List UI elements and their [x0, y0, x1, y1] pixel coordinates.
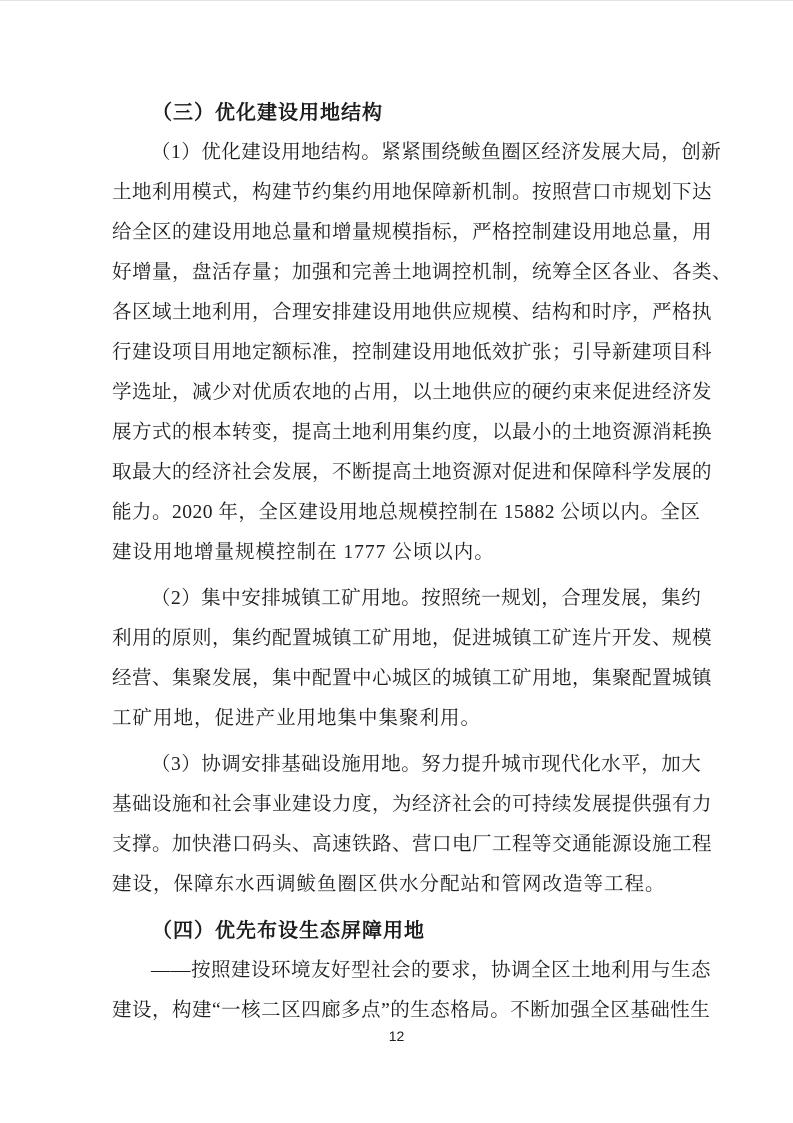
paragraph-4: ——按照建设环境友好型社会的要求，协调全区土地利用与生态 建设，构建“一核二区四…: [112, 951, 683, 1031]
paragraph-line: 建设，保障东水西调鲅鱼圈区供水分配站和管网改造等工程。: [112, 865, 683, 905]
paragraph-line: 展方式的根本转变，提高土地利用集约度，以最小的土地资源消耗换: [112, 413, 683, 453]
paragraph-line: 土地利用模式，构建节约集约用地保障新机制。按照营口市规划下达: [112, 173, 683, 213]
document-page: （三）优化建设用地结构 （1）优化建设用地结构。紧紧围绕鲅鱼圈区经济发展大局，创…: [0, 0, 793, 1123]
paragraph-line: 利用的原则，集约配置城镇工矿用地，促进城镇工矿连片开发、规模: [112, 619, 683, 659]
paragraph-2: （2）集中安排城镇工矿用地。按照统一规划，合理发展，集约 利用的原则，集约配置城…: [112, 579, 683, 739]
page-number: 12: [0, 1025, 793, 1047]
paragraph-line: 取最大的经济社会发展，不断提高土地资源对促进和保障科学发展的: [112, 453, 683, 493]
paragraph-line: 建设用地增量规模控制在 1777 公顷以内。: [112, 533, 683, 573]
paragraph-line: 支撑。加快港口码头、高速铁路、营口电厂工程等交通能源设施工程: [112, 825, 683, 865]
section-heading-3: （三）优化建设用地结构: [112, 93, 683, 133]
paragraph-line: 经营、集聚发展，集中配置中心城区的城镇工矿用地，集聚配置城镇: [112, 659, 683, 699]
paragraph-line: （3）协调安排基础设施用地。努力提升城市现代化水平，加大: [112, 745, 683, 785]
paragraph-1: （1）优化建设用地结构。紧紧围绕鲅鱼圈区经济发展大局，创新 土地利用模式，构建节…: [112, 133, 683, 573]
paragraph-line: ——按照建设环境友好型社会的要求，协调全区土地利用与生态: [112, 951, 683, 991]
paragraph-line: 行建设项目用地定额标准，控制建设用地低效扩张；引导新建项目科: [112, 333, 683, 373]
page-content: （三）优化建设用地结构 （1）优化建设用地结构。紧紧围绕鲅鱼圈区经济发展大局，创…: [112, 93, 683, 1037]
paragraph-line: （2）集中安排城镇工矿用地。按照统一规划，合理发展，集约: [112, 579, 683, 619]
paragraph-line: 学选址，减少对优质农地的占用，以土地供应的硬约束来促进经济发: [112, 373, 683, 413]
paragraph-line: 基础设施和社会事业建设力度，为经济社会的可持续发展提供强有力: [112, 785, 683, 825]
paragraph-line: 给全区的建设用地总量和增量规模指标，严格控制建设用地总量，用: [112, 213, 683, 253]
paragraph-line: 好增量，盘活存量；加强和完善土地调控机制，统筹全区各业、各类、: [112, 253, 683, 293]
paragraph-line: 能力。2020 年，全区建设用地总规模控制在 15882 公顷以内。全区: [112, 493, 683, 533]
paragraph-line: 工矿用地，促进产业用地集中集聚利用。: [112, 699, 683, 739]
paragraph-line: 各区域土地利用，合理安排建设用地供应规模、结构和时序，严格执: [112, 293, 683, 333]
section-heading-4: （四）优先布设生态屏障用地: [112, 911, 683, 951]
paragraph-3: （3）协调安排基础设施用地。努力提升城市现代化水平，加大 基础设施和社会事业建设…: [112, 745, 683, 905]
paragraph-line: （1）优化建设用地结构。紧紧围绕鲅鱼圈区经济发展大局，创新: [112, 133, 683, 173]
